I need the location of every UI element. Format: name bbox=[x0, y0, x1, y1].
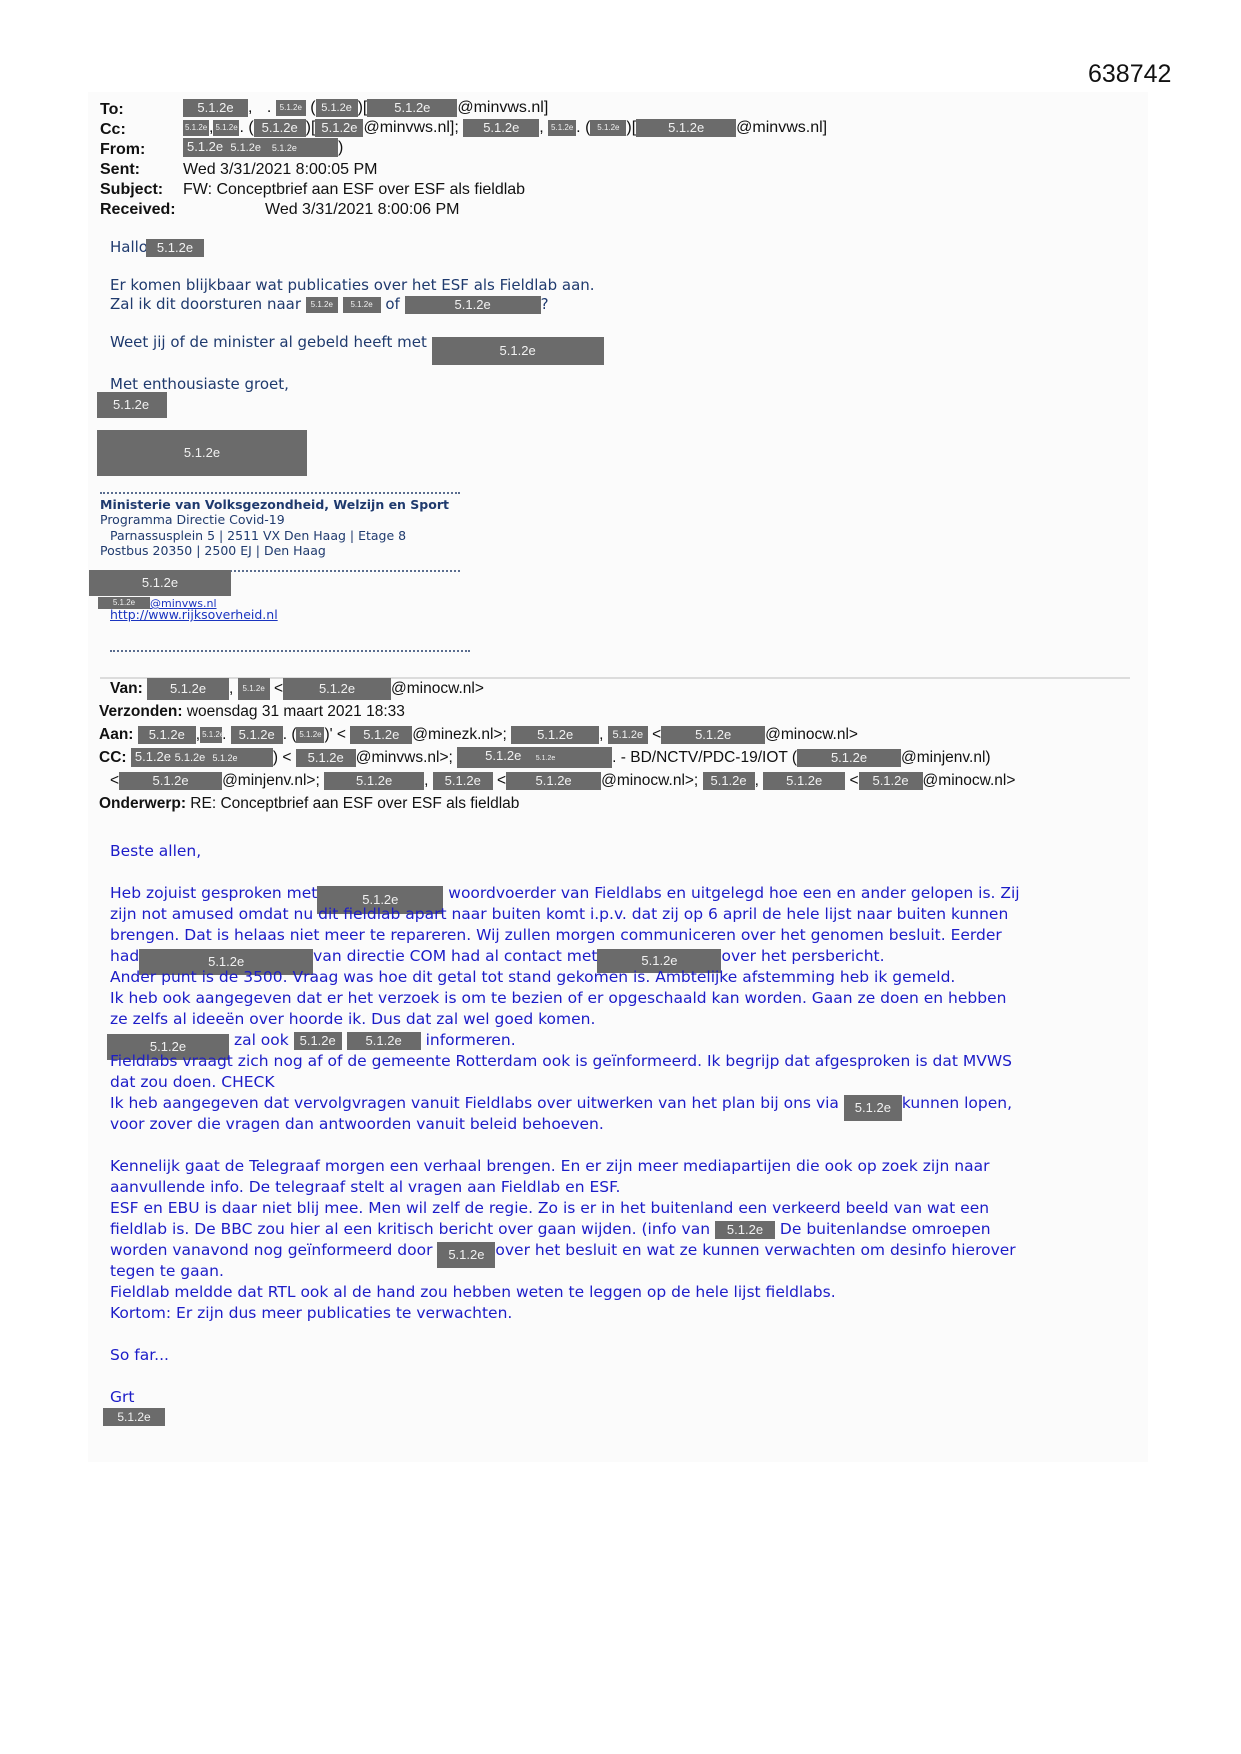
sender-name-redaction: 5.1.2e bbox=[97, 392, 167, 418]
body-line: Ik heb ook aangegeven dat er het verzoek… bbox=[110, 988, 1006, 1009]
redaction: 5.1.2e bbox=[437, 1242, 495, 1268]
body-line: voor zover die vragen dan antwoorden van… bbox=[110, 1114, 604, 1135]
redaction: 5.1.2e bbox=[324, 772, 424, 790]
redaction: 5.1.2e bbox=[433, 772, 493, 790]
body-line: fieldlab is. De BBC zou hier al een krit… bbox=[110, 1219, 991, 1240]
aan-row: Aan: 5.1.2e,5.1.2e. 5.1.2e. (5.1.2e)' < … bbox=[99, 724, 858, 746]
redaction: 5.1.2e bbox=[276, 100, 306, 116]
to-value: 5.1.2e, . 5.1.2e (5.1.2e)[5.1.2e@minvws.… bbox=[183, 98, 548, 118]
redaction: 5.1.2e 5.1.2e 5.1.2e bbox=[131, 748, 273, 767]
message-greeting: Beste allen, bbox=[110, 841, 201, 862]
signature-org: Ministerie van Volksgezondheid, Welzijn … bbox=[100, 497, 449, 513]
cc-value: 5.1.2e,5.1.2e. (5.1.2e)[5.1.2e@minvws.nl… bbox=[183, 118, 827, 138]
cc-domain-1: @minvws.nl>; bbox=[356, 749, 453, 766]
from-row: From: bbox=[100, 140, 145, 160]
redaction: 5.1.2e bbox=[590, 120, 626, 136]
redaction: 5.1.2e bbox=[844, 1095, 902, 1121]
redaction: 5.1.2e bbox=[506, 772, 601, 790]
body-line: zijn not amused omdat nu dit fieldlab ap… bbox=[110, 904, 1008, 925]
redaction: 5.1.2e bbox=[797, 749, 901, 767]
cc-row-2: <5.1.2e@minjenv.nl>; 5.1.2e, 5.1.2e <5.1… bbox=[110, 770, 1015, 792]
redaction: 5.1.2e bbox=[432, 337, 604, 365]
redaction: 5.1.2e bbox=[343, 297, 381, 313]
redaction: 5.1.2e bbox=[463, 119, 539, 137]
redaction: 5.1.2e bbox=[715, 1221, 775, 1239]
redaction: 5.1.2e bbox=[183, 120, 209, 136]
body-line: brengen. Dat is helaas niet meer te repa… bbox=[110, 925, 1002, 946]
signature-address: Parnassusplein 5 | 2511 VX Den Haag | Et… bbox=[110, 528, 406, 544]
redaction: 5.1.2e bbox=[608, 726, 648, 744]
redaction: 5.1.2e bbox=[283, 678, 391, 700]
verzonden-row: Verzonden: woensdag 31 maart 2021 18:33 bbox=[99, 701, 405, 723]
aan-label: Aan: bbox=[99, 726, 133, 743]
redaction: 5.1.2e bbox=[703, 772, 755, 790]
redaction: 5.1.2e bbox=[254, 119, 306, 137]
subject-value: FW: Conceptbrief aan ESF over ESF als fi… bbox=[183, 180, 525, 200]
aan-domain-1: @minezk.nl>; bbox=[412, 726, 507, 743]
note-line-1: Er komen blijkbaar wat publicaties over … bbox=[110, 276, 595, 295]
cc-domain-2: @minjenv.nl) bbox=[901, 749, 991, 766]
redaction: 5.1.2e bbox=[296, 727, 324, 743]
received-value: Wed 3/31/2021 8:00:06 PM bbox=[265, 200, 460, 220]
cc-label: Cc: bbox=[100, 121, 126, 138]
sent-row: Sent: bbox=[100, 160, 140, 180]
body-line: dat zou doen. CHECK bbox=[110, 1072, 275, 1093]
redaction: 5.1.2e bbox=[231, 726, 283, 744]
van-row: Van: 5.1.2e, 5.1.2e <5.1.2e@minocw.nl> bbox=[110, 678, 484, 700]
cc-group: . - BD/NCTV/PDC-19/IOT ( bbox=[612, 749, 797, 766]
redaction: 5.1.2e 5.1.2e 5.1.2e bbox=[183, 138, 338, 157]
redaction: 5.1.2e bbox=[147, 678, 229, 700]
body-line: ESF en EBU is daar niet blij mee. Men wi… bbox=[110, 1198, 989, 1219]
signature-name-redaction: 5.1.2e bbox=[89, 570, 231, 596]
aan-domain-2: @minocw.nl> bbox=[765, 726, 858, 743]
cc-domain-3: @minjenv.nl>; bbox=[222, 772, 320, 789]
cc-row: CC: 5.1.2e 5.1.2e 5.1.2e) < 5.1.2e@minvw… bbox=[99, 747, 991, 769]
body-line: tegen te gaan. bbox=[110, 1261, 224, 1282]
note-line-2: Zal ik dit doorsturen naar 5.1.2e 5.1.2e… bbox=[110, 295, 549, 314]
to-label: To: bbox=[100, 101, 124, 118]
redaction: 5.1.2e bbox=[213, 120, 239, 136]
from-value: 5.1.2e 5.1.2e 5.1.2e) bbox=[183, 138, 343, 158]
body-line: Kortom: Er zijn dus meer publicaties te … bbox=[110, 1303, 512, 1324]
body-line: aanvullende info. De telegraaf stelt al … bbox=[110, 1177, 620, 1198]
onderwerp-value: RE: Conceptbrief aan ESF over ESF als fi… bbox=[190, 795, 519, 812]
so-far: So far... bbox=[110, 1345, 169, 1366]
redaction: 5.1.2e bbox=[200, 727, 222, 743]
dotted-divider bbox=[230, 570, 460, 572]
redaction: 5.1.2e bbox=[763, 772, 845, 790]
closing-name-redaction: 5.1.2e bbox=[103, 1408, 165, 1426]
redaction: 5.1.2e bbox=[367, 99, 457, 117]
redaction: 5.1.2e bbox=[315, 119, 363, 137]
cc-domain-4: @minocw.nl>; bbox=[601, 772, 698, 789]
body-line: Ander punt is de 3500. Vraag was hoe dit… bbox=[110, 967, 955, 988]
to-domain: @minvws.nl] bbox=[457, 99, 548, 116]
received-row: Received: bbox=[100, 200, 176, 220]
redaction: 5.1.2e bbox=[183, 99, 248, 117]
greeting: Hallo5.1.2e bbox=[110, 238, 204, 257]
van-domain: @minocw.nl> bbox=[391, 680, 484, 697]
redaction: 5.1.2e 5.1.2e bbox=[457, 747, 612, 768]
to-row: To: bbox=[100, 100, 124, 120]
redaction: 5.1.2e bbox=[548, 120, 576, 136]
redaction: 5.1.2e bbox=[296, 749, 356, 767]
cc-domain-5: @minocw.nl> bbox=[923, 772, 1016, 789]
sender-title-redaction: 5.1.2e bbox=[97, 430, 307, 476]
onderwerp-row: Onderwerp: RE: Conceptbrief aan ESF over… bbox=[99, 793, 519, 815]
onderwerp-label: Onderwerp: bbox=[99, 795, 186, 812]
body-line: ze zelfs al ideeën over hoorde ik. Dus d… bbox=[110, 1009, 595, 1030]
signature-postbus: Postbus 20350 | 2500 EJ | Den Haag bbox=[100, 543, 326, 559]
redaction: 5.1.2e bbox=[661, 726, 765, 744]
redaction: 5.1.2e bbox=[511, 726, 599, 744]
body-line: Fieldlabs vraagt zich nog af of de gemee… bbox=[110, 1051, 1012, 1072]
redaction: 5.1.2e bbox=[306, 297, 338, 313]
sent-label: Sent: bbox=[100, 161, 140, 178]
cc-row: Cc: bbox=[100, 120, 126, 140]
cc-label: CC: bbox=[99, 749, 127, 766]
verzonden-label: Verzonden: bbox=[99, 703, 183, 720]
redaction: 5.1.2e bbox=[146, 239, 204, 257]
dotted-divider bbox=[110, 650, 470, 652]
body-line: Fieldlab meldde dat RTL ook al de hand z… bbox=[110, 1282, 836, 1303]
body-line: Kennelijk gaat de Telegraaf morgen een v… bbox=[110, 1156, 989, 1177]
signature-website[interactable]: http://www.rijksoverheid.nl bbox=[110, 606, 278, 624]
document-number: 638742 bbox=[1088, 60, 1171, 89]
redaction: 5.1.2e bbox=[316, 99, 358, 117]
redaction: 5.1.2e bbox=[859, 772, 923, 790]
van-label: Van: bbox=[110, 680, 143, 697]
redaction: 5.1.2e bbox=[119, 772, 222, 790]
redaction: 5.1.2e bbox=[636, 119, 736, 137]
closing: Grt bbox=[110, 1387, 134, 1408]
verzonden-value: woensdag 31 maart 2021 18:33 bbox=[187, 703, 405, 720]
signature-dept: Programma Directie Covid-19 bbox=[100, 512, 285, 528]
received-label: Received: bbox=[100, 201, 176, 218]
note-line-3: Weet jij of de minister al gebeld heeft … bbox=[110, 333, 604, 365]
cc-domain-2: @minvws.nl] bbox=[736, 119, 827, 136]
redaction: 5.1.2e bbox=[238, 678, 270, 700]
redaction: 5.1.2e bbox=[405, 296, 541, 314]
body-line: worden vanavond nog geïnformeerd door 5.… bbox=[110, 1240, 1016, 1268]
from-label: From: bbox=[100, 141, 145, 158]
subject-row: Subject: bbox=[100, 180, 163, 200]
website-link[interactable]: http://www.rijksoverheid.nl bbox=[110, 607, 278, 622]
redaction: 5.1.2e bbox=[350, 726, 412, 744]
redaction: 5.1.2e bbox=[138, 726, 196, 744]
cc-domain-1: @minvws.nl]; bbox=[363, 119, 458, 136]
redaction: 5.1.2e bbox=[347, 1032, 421, 1050]
sent-value: Wed 3/31/2021 8:00:05 PM bbox=[183, 160, 378, 180]
subject-label: Subject: bbox=[100, 181, 163, 198]
redaction: 5.1.2e bbox=[294, 1032, 342, 1050]
dotted-divider bbox=[100, 492, 460, 494]
